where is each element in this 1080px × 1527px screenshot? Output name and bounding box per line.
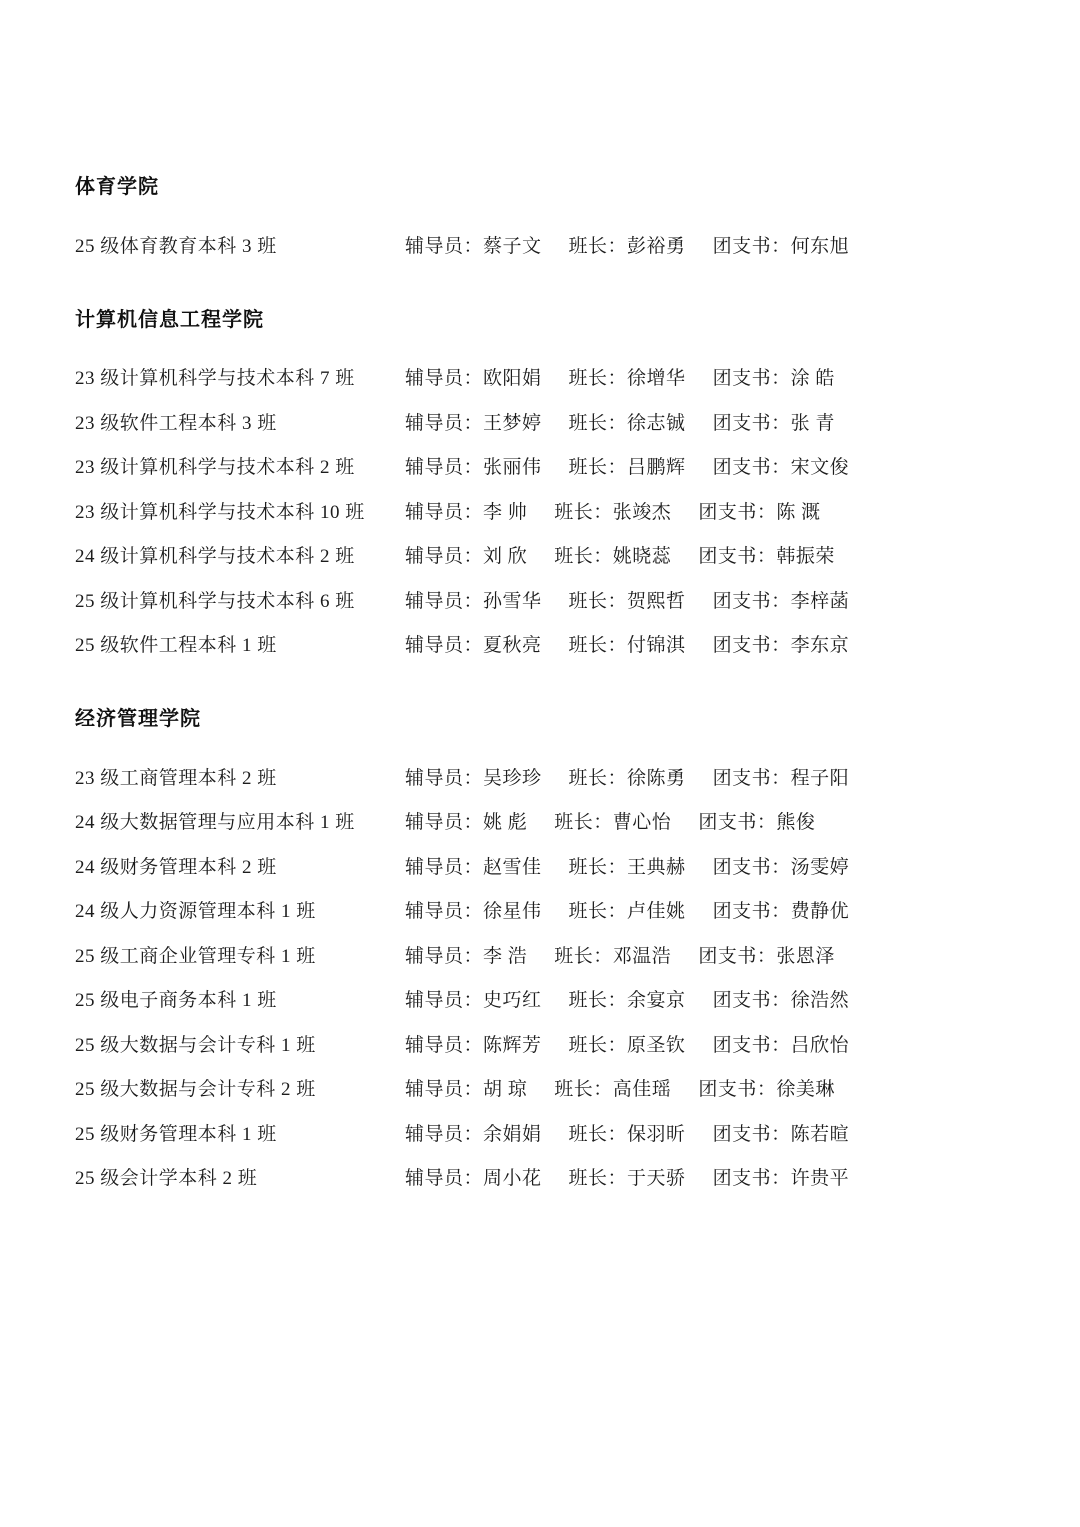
class-row: 23 级计算机科学与技术本科 10 班 辅导员：李 帅班长：张竣杰团支书：陈 溉	[75, 488, 1020, 533]
officers: 辅导员：欧阳娟班长：徐增华团支书：涂 皓	[405, 363, 835, 390]
counselor-name: 吴珍珍	[483, 763, 542, 790]
class-row: 25 级财务管理本科 1 班 辅导员：余娟娟班长：保羽昕团支书：陈若暄	[75, 1110, 1020, 1155]
counselor-label: 辅导员：	[405, 763, 483, 790]
officers: 辅导员：刘 欣班长：姚晓蕊团支书：韩振荣	[405, 541, 835, 568]
secretary-label: 团支书：	[713, 586, 791, 613]
counselor-label: 辅导员：	[405, 1119, 483, 1146]
secretary-name: 涂 皓	[791, 363, 835, 390]
officers: 辅导员：余娟娟班长：保羽昕团支书：陈若暄	[405, 1119, 849, 1146]
section-title: 体育学院	[75, 176, 1020, 198]
secretary-name: 韩振荣	[776, 541, 835, 568]
monitor-label: 班长：	[569, 630, 628, 657]
counselor-label: 辅导员：	[405, 941, 483, 968]
officers: 辅导员：周小花班长：于天骄团支书：许贵平	[405, 1163, 849, 1190]
secretary-label: 团支书：	[698, 1074, 776, 1101]
section-title: 计算机信息工程学院	[75, 309, 1020, 331]
counselor-name: 周小花	[483, 1163, 542, 1190]
secretary-name: 程子阳	[791, 763, 850, 790]
counselor-label: 辅导员：	[405, 1074, 483, 1101]
class-row: 24 级大数据管理与应用本科 1 班 辅导员：姚 彪班长：曹心怡团支书：熊俊	[75, 799, 1020, 844]
monitor-label: 班长：	[554, 807, 613, 834]
class-name: 23 级计算机科学与技术本科 10 班	[75, 497, 405, 524]
class-row: 24 级计算机科学与技术本科 2 班 辅导员：刘 欣班长：姚晓蕊团支书：韩振荣	[75, 533, 1020, 578]
monitor-label: 班长：	[569, 452, 628, 479]
monitor-label: 班长：	[569, 408, 628, 435]
counselor-label: 辅导员：	[405, 852, 483, 879]
secretary-name: 李东京	[791, 630, 850, 657]
secretary-name: 徐浩然	[791, 985, 850, 1012]
class-row: 23 级工商管理本科 2 班 辅导员：吴珍珍班长：徐陈勇团支书：程子阳	[75, 754, 1020, 799]
monitor-label: 班长：	[569, 985, 628, 1012]
counselor-name: 李 帅	[483, 497, 527, 524]
officers: 辅导员：李 帅班长：张竣杰团支书：陈 溉	[405, 497, 821, 524]
counselor-name: 姚 彪	[483, 807, 527, 834]
secretary-label: 团支书：	[713, 408, 791, 435]
secretary-label: 团支书：	[713, 231, 791, 258]
class-row: 24 级财务管理本科 2 班 辅导员：赵雪佳班长：王典赫团支书：汤雯婷	[75, 843, 1020, 888]
secretary-name: 熊俊	[776, 807, 815, 834]
officers: 辅导员：李 浩班长：邓温浩团支书：张恩泽	[405, 941, 835, 968]
class-row: 25 级计算机科学与技术本科 6 班 辅导员：孙雪华班长：贺熙哲团支书：李梓菡	[75, 577, 1020, 622]
counselor-label: 辅导员：	[405, 1163, 483, 1190]
secretary-label: 团支书：	[713, 452, 791, 479]
monitor-name: 卢佳姚	[627, 896, 686, 923]
monitor-name: 付锦淇	[627, 630, 686, 657]
class-name: 25 级计算机科学与技术本科 6 班	[75, 586, 405, 613]
monitor-name: 徐志铖	[627, 408, 686, 435]
secretary-label: 团支书：	[698, 941, 776, 968]
class-name: 24 级人力资源管理本科 1 班	[75, 896, 405, 923]
class-name: 23 级计算机科学与技术本科 7 班	[75, 363, 405, 390]
counselor-name: 张丽伟	[483, 452, 542, 479]
secretary-name: 吕欣怡	[791, 1030, 850, 1057]
class-name: 25 级体育教育本科 3 班	[75, 231, 405, 258]
monitor-label: 班长：	[569, 1119, 628, 1146]
class-name: 23 级软件工程本科 3 班	[75, 408, 405, 435]
section-economics: 经济管理学院 23 级工商管理本科 2 班 辅导员：吴珍珍班长：徐陈勇团支书：程…	[75, 708, 1020, 1199]
class-name: 23 级计算机科学与技术本科 2 班	[75, 452, 405, 479]
counselor-name: 刘 欣	[483, 541, 527, 568]
class-name: 25 级软件工程本科 1 班	[75, 630, 405, 657]
monitor-name: 余宴京	[627, 985, 686, 1012]
class-name: 25 级财务管理本科 1 班	[75, 1119, 405, 1146]
officers: 辅导员：史巧红班长：余宴京团支书：徐浩然	[405, 985, 849, 1012]
section-sports: 体育学院 25 级体育教育本科 3 班 辅导员：蔡子文班长：彭裕勇团支书：何东旭	[75, 176, 1020, 267]
secretary-name: 汤雯婷	[791, 852, 850, 879]
officers: 辅导员：蔡子文班长：彭裕勇团支书：何东旭	[405, 231, 849, 258]
monitor-name: 保羽昕	[627, 1119, 686, 1146]
secretary-name: 李梓菡	[791, 586, 850, 613]
officers: 辅导员：姚 彪班长：曹心怡团支书：熊俊	[405, 807, 815, 834]
secretary-name: 许贵平	[791, 1163, 850, 1190]
counselor-label: 辅导员：	[405, 896, 483, 923]
monitor-name: 姚晓蕊	[613, 541, 672, 568]
officers: 辅导员：夏秋亮班长：付锦淇团支书：李东京	[405, 630, 849, 657]
monitor-label: 班长：	[554, 497, 613, 524]
monitor-label: 班长：	[554, 541, 613, 568]
secretary-name: 何东旭	[791, 231, 850, 258]
class-name: 25 级大数据与会计专科 1 班	[75, 1030, 405, 1057]
secretary-label: 团支书：	[713, 896, 791, 923]
secretary-label: 团支书：	[713, 363, 791, 390]
counselor-label: 辅导员：	[405, 408, 483, 435]
counselor-name: 孙雪华	[483, 586, 542, 613]
secretary-name: 宋文俊	[791, 452, 850, 479]
secretary-label: 团支书：	[713, 763, 791, 790]
monitor-name: 彭裕勇	[627, 231, 686, 258]
monitor-name: 徐增华	[627, 363, 686, 390]
class-row: 25 级会计学本科 2 班 辅导员：周小花班长：于天骄团支书：许贵平	[75, 1155, 1020, 1200]
monitor-name: 邓温浩	[613, 941, 672, 968]
officers: 辅导员：徐星伟班长：卢佳姚团支书：费静优	[405, 896, 849, 923]
class-row: 23 级软件工程本科 3 班 辅导员：王梦婷班长：徐志铖团支书：张 青	[75, 399, 1020, 444]
monitor-label: 班长：	[569, 363, 628, 390]
counselor-label: 辅导员：	[405, 452, 483, 479]
counselor-name: 王梦婷	[483, 408, 542, 435]
class-name: 23 级工商管理本科 2 班	[75, 763, 405, 790]
class-name: 24 级计算机科学与技术本科 2 班	[75, 541, 405, 568]
document-page: 体育学院 25 级体育教育本科 3 班 辅导员：蔡子文班长：彭裕勇团支书：何东旭…	[0, 0, 1080, 1527]
monitor-label: 班长：	[569, 852, 628, 879]
secretary-name: 陈若暄	[791, 1119, 850, 1146]
counselor-label: 辅导员：	[405, 630, 483, 657]
counselor-label: 辅导员：	[405, 586, 483, 613]
officers: 辅导员：王梦婷班长：徐志铖团支书：张 青	[405, 408, 835, 435]
officers: 辅导员：孙雪华班长：贺熙哲团支书：李梓菡	[405, 586, 849, 613]
officers: 辅导员：吴珍珍班长：徐陈勇团支书：程子阳	[405, 763, 849, 790]
class-row: 24 级人力资源管理本科 1 班 辅导员：徐星伟班长：卢佳姚团支书：费静优	[75, 888, 1020, 933]
secretary-label: 团支书：	[698, 541, 776, 568]
counselor-name: 夏秋亮	[483, 630, 542, 657]
class-row: 23 级计算机科学与技术本科 2 班 辅导员：张丽伟班长：吕鹏辉团支书：宋文俊	[75, 444, 1020, 489]
counselor-label: 辅导员：	[405, 807, 483, 834]
monitor-name: 原圣钦	[627, 1030, 686, 1057]
counselor-name: 赵雪佳	[483, 852, 542, 879]
class-row: 25 级体育教育本科 3 班 辅导员：蔡子文班长：彭裕勇团支书：何东旭	[75, 222, 1020, 267]
class-name: 25 级电子商务本科 1 班	[75, 985, 405, 1012]
secretary-label: 团支书：	[713, 985, 791, 1012]
secretary-label: 团支书：	[713, 852, 791, 879]
counselor-label: 辅导员：	[405, 985, 483, 1012]
counselor-label: 辅导员：	[405, 231, 483, 258]
secretary-label: 团支书：	[698, 807, 776, 834]
monitor-name: 于天骄	[627, 1163, 686, 1190]
class-row: 25 级电子商务本科 1 班 辅导员：史巧红班长：余宴京团支书：徐浩然	[75, 977, 1020, 1022]
class-name: 25 级会计学本科 2 班	[75, 1163, 405, 1190]
monitor-label: 班长：	[569, 1163, 628, 1190]
class-name: 24 级大数据管理与应用本科 1 班	[75, 807, 405, 834]
monitor-name: 王典赫	[627, 852, 686, 879]
secretary-name: 徐美琳	[776, 1074, 835, 1101]
class-name: 25 级工商企业管理专科 1 班	[75, 941, 405, 968]
counselor-label: 辅导员：	[405, 541, 483, 568]
counselor-name: 徐星伟	[483, 896, 542, 923]
officers: 辅导员：陈辉芳班长：原圣钦团支书：吕欣怡	[405, 1030, 849, 1057]
secretary-name: 费静优	[791, 896, 850, 923]
secretary-label: 团支书：	[713, 1119, 791, 1146]
class-name: 24 级财务管理本科 2 班	[75, 852, 405, 879]
counselor-name: 欧阳娟	[483, 363, 542, 390]
officers: 辅导员：胡 琼班长：高佳瑶团支书：徐美琳	[405, 1074, 835, 1101]
counselor-name: 余娟娟	[483, 1119, 542, 1146]
monitor-label: 班长：	[569, 763, 628, 790]
monitor-name: 曹心怡	[613, 807, 672, 834]
monitor-name: 吕鹏辉	[627, 452, 686, 479]
counselor-name: 史巧红	[483, 985, 542, 1012]
class-row: 25 级工商企业管理专科 1 班 辅导员：李 浩班长：邓温浩团支书：张恩泽	[75, 932, 1020, 977]
counselor-name: 李 浩	[483, 941, 527, 968]
class-row: 23 级计算机科学与技术本科 7 班 辅导员：欧阳娟班长：徐增华团支书：涂 皓	[75, 355, 1020, 400]
monitor-label: 班长：	[569, 896, 628, 923]
secretary-label: 团支书：	[713, 1163, 791, 1190]
officers: 辅导员：张丽伟班长：吕鹏辉团支书：宋文俊	[405, 452, 849, 479]
monitor-name: 贺熙哲	[627, 586, 686, 613]
counselor-name: 胡 琼	[483, 1074, 527, 1101]
class-row: 25 级软件工程本科 1 班 辅导员：夏秋亮班长：付锦淇团支书：李东京	[75, 622, 1020, 667]
section-computer: 计算机信息工程学院 23 级计算机科学与技术本科 7 班 辅导员：欧阳娟班长：徐…	[75, 309, 1020, 667]
secretary-name: 张恩泽	[776, 941, 835, 968]
secretary-label: 团支书：	[698, 497, 776, 524]
monitor-label: 班长：	[569, 1030, 628, 1057]
counselor-label: 辅导员：	[405, 497, 483, 524]
class-row: 25 级大数据与会计专科 2 班 辅导员：胡 琼班长：高佳瑶团支书：徐美琳	[75, 1066, 1020, 1111]
officers: 辅导员：赵雪佳班长：王典赫团支书：汤雯婷	[405, 852, 849, 879]
secretary-name: 陈 溉	[776, 497, 820, 524]
monitor-label: 班长：	[569, 586, 628, 613]
counselor-name: 陈辉芳	[483, 1030, 542, 1057]
monitor-name: 张竣杰	[613, 497, 672, 524]
section-title: 经济管理学院	[75, 708, 1020, 730]
monitor-name: 高佳瑶	[613, 1074, 672, 1101]
monitor-label: 班长：	[569, 231, 628, 258]
monitor-label: 班长：	[554, 941, 613, 968]
class-name: 25 级大数据与会计专科 2 班	[75, 1074, 405, 1101]
counselor-label: 辅导员：	[405, 363, 483, 390]
secretary-label: 团支书：	[713, 630, 791, 657]
monitor-name: 徐陈勇	[627, 763, 686, 790]
secretary-name: 张 青	[791, 408, 835, 435]
secretary-label: 团支书：	[713, 1030, 791, 1057]
counselor-name: 蔡子文	[483, 231, 542, 258]
counselor-label: 辅导员：	[405, 1030, 483, 1057]
monitor-label: 班长：	[554, 1074, 613, 1101]
class-row: 25 级大数据与会计专科 1 班 辅导员：陈辉芳班长：原圣钦团支书：吕欣怡	[75, 1021, 1020, 1066]
